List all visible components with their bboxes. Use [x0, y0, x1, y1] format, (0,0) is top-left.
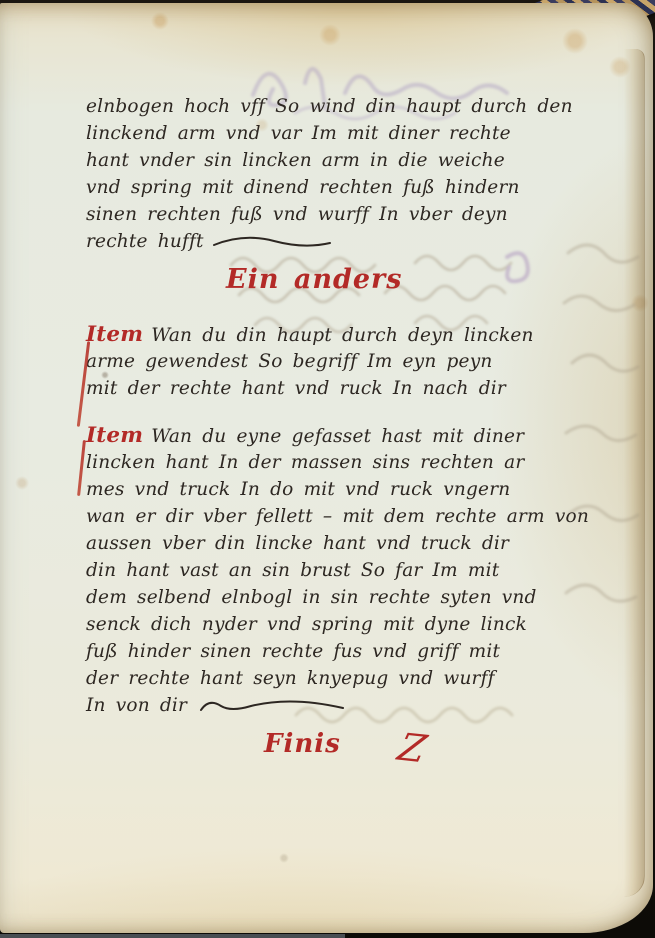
text-line: rechte hufft	[86, 228, 586, 255]
text-line: aussen vber din lincke hant vnd truck di…	[86, 530, 586, 557]
text-line: hant vnder sin lincken arm in die weiche	[86, 147, 586, 174]
manuscript-page: elnbogen hoch vff So wind din haupt durc…	[0, 3, 653, 933]
item-initial: Item	[86, 423, 143, 448]
text-line: vnd spring mit dinend rechten fuß hinder…	[86, 174, 586, 201]
finis-label: Finis	[264, 729, 341, 759]
section-heading: Ein anders	[226, 263, 586, 297]
text-line: sinen rechten fuß vnd wurff In vber deyn	[86, 201, 586, 228]
paragraph-1: elnbogen hoch vff So wind din haupt durc…	[86, 93, 586, 255]
colophon: Finis Z	[264, 729, 586, 767]
text-line: fuß hinder sinen rechte fus vnd griff mi…	[86, 638, 586, 665]
paragraph-2: ItemWan du din haupt durch deyn lincken …	[86, 321, 586, 402]
text-line-fragment: Wan du eyne gefasset hast mit diner	[151, 426, 524, 447]
initial-descender	[77, 440, 86, 496]
text-line: din hant vast an sin brust So far Im mit	[86, 557, 586, 584]
text-line: lincken hant In der massen sins rechten …	[86, 449, 586, 476]
text-line: senck dich nyder vnd spring mit dyne lin…	[86, 611, 586, 638]
text-line: elnbogen hoch vff So wind din haupt durc…	[86, 93, 586, 120]
text-line: mes vnd truck In do mit vnd ruck vngern	[86, 476, 586, 503]
text-line-fragment: Wan du din haupt durch deyn lincken	[151, 325, 533, 346]
text-block: elnbogen hoch vff So wind din haupt durc…	[86, 93, 586, 767]
text-line-fragment: In von dir	[86, 695, 187, 716]
item-initial: Item	[86, 322, 143, 347]
quire-mark: Z	[394, 728, 430, 768]
text-line: dem selbend elnbogl in sin rechte syten …	[86, 584, 586, 611]
manuscript-photo: elnbogen hoch vff So wind din haupt durc…	[0, 0, 655, 938]
pen-flourish-icon	[212, 235, 332, 249]
paragraph-3: ItemWan du eyne gefasset hast mit diner …	[86, 422, 586, 719]
text-line: linckend arm vnd var Im mit diner rechte	[86, 120, 586, 147]
pen-flourish-icon	[195, 698, 345, 714]
text-line: ItemWan du eyne gefasset hast mit diner	[86, 422, 586, 449]
text-line: In von dir	[86, 692, 586, 719]
text-line-fragment: rechte hufft	[86, 231, 204, 252]
photo-bottom-edge	[0, 934, 345, 938]
text-line: arme gewendest So begriff Im eyn peyn	[86, 348, 586, 375]
text-line: mit der rechte hant vnd ruck In nach dir	[86, 375, 586, 402]
text-line: wan er dir vber fellett – mit dem rechte…	[86, 503, 586, 530]
text-line: ItemWan du din haupt durch deyn lincken	[86, 321, 586, 348]
text-line: der rechte hant seyn knyepug vnd wurff	[86, 665, 586, 692]
